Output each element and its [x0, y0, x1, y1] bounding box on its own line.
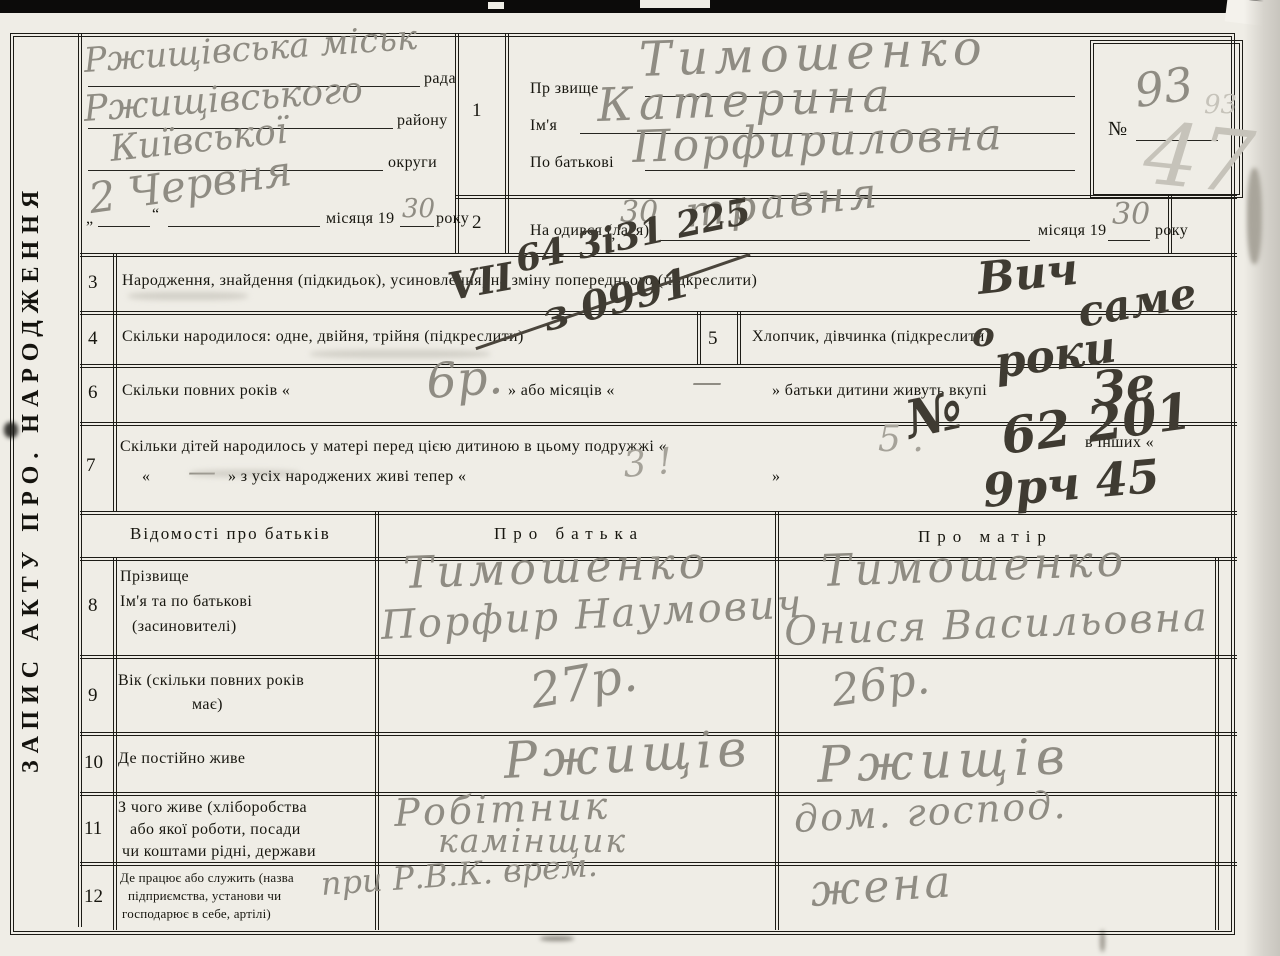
- row1-number: 1: [472, 100, 482, 122]
- child-patronymic-value: Порфириловна: [631, 113, 1004, 170]
- row2-number: 2: [472, 212, 482, 234]
- row5-number: 5: [708, 328, 718, 350]
- row12-number: 12: [84, 886, 103, 908]
- region-okruha-label: округи: [388, 154, 437, 172]
- mother-name-value: Онися Васильовна: [784, 597, 1210, 652]
- years-together-value: 6р.: [425, 353, 505, 406]
- ink-margin-no-sign: №: [901, 384, 967, 447]
- row10-label: Де постійно живе: [118, 750, 245, 768]
- surname-label: Пр звище: [530, 80, 599, 98]
- grid-line: [505, 33, 509, 253]
- row11-label-line1: З чого живе (хліборобства: [118, 799, 307, 817]
- date-quote-open: „: [86, 210, 94, 228]
- scan-smudge: [4, 422, 18, 438]
- grid-line: [1215, 557, 1219, 930]
- date-year-label: року: [436, 210, 469, 228]
- row9-label-line1: Вік (скільки повних років: [118, 672, 304, 690]
- father-workplace-value: при Р.В.К. врем.: [320, 849, 599, 900]
- field-underline: [400, 226, 434, 227]
- row5-label: Хлопчик, дівчинка (підкреслити): [752, 328, 991, 346]
- scan-top-slit: [640, 0, 710, 8]
- row12-label-line3: господарює в себе, артілі): [122, 906, 271, 922]
- form-vertical-title: ЗАПИС АКТУ ПРО. НАРОДЖЕННЯ: [18, 158, 70, 798]
- scan-top-slit: [488, 2, 504, 9]
- row11-number: 11: [84, 818, 102, 840]
- region-council-value: Ржищівська міськ: [83, 21, 419, 78]
- ink-margin-word-1: Вич: [975, 248, 1080, 302]
- row6-number: 6: [88, 382, 98, 404]
- row3-number: 3: [88, 272, 98, 294]
- row12-label-line1: Де працює або служить (назва: [120, 870, 294, 886]
- grid-line: [80, 655, 1237, 659]
- grid-line: [113, 253, 117, 511]
- field-underline: [98, 226, 150, 227]
- row8-label-line3: (засиновителі): [132, 618, 237, 636]
- region-council-label: рада: [424, 70, 456, 88]
- row12-label-line2: підприємства, установи чи: [128, 888, 281, 904]
- grid-line: [113, 557, 117, 930]
- row7-quote-open: «: [142, 468, 150, 486]
- mother-workplace-value: жена: [809, 860, 955, 914]
- name-label: Ім'я: [530, 117, 557, 135]
- record-date-year: 30: [402, 196, 435, 222]
- pencil-smudge: [128, 292, 248, 300]
- date-month-label: місяця 19: [326, 210, 395, 228]
- grid-line: [775, 511, 779, 930]
- children-alive-value: 3 !: [622, 444, 674, 484]
- scan-smudge: [540, 936, 574, 941]
- patronymic-label: По батькові: [530, 154, 614, 172]
- grid-line: [80, 862, 1237, 866]
- row6-label-months: » або місяців «: [508, 382, 615, 400]
- birth-year-label: року: [1155, 222, 1188, 240]
- pencil-number-large: 47: [1140, 110, 1258, 207]
- grid-line: [737, 311, 741, 364]
- row4-number: 4: [88, 328, 98, 350]
- birth-month-label: місяця 19: [1038, 222, 1107, 240]
- region-district-label: району: [397, 112, 448, 130]
- father-age-value: 27р.: [527, 650, 641, 716]
- scanned-birth-record: ЗАПИС АКТУ ПРО. НАРОДЖЕННЯ Ржищівська мі…: [0, 0, 1280, 956]
- ink-roman-numeral: VII: [445, 257, 516, 306]
- row8-label-line1: Прізвище: [120, 568, 189, 586]
- ink-margin-word-3: о: [972, 318, 995, 352]
- row10-number: 10: [84, 752, 103, 774]
- ink-margin-number: 62 201: [998, 386, 1194, 462]
- scan-smudge: [1100, 930, 1105, 952]
- field-underline: [168, 226, 320, 227]
- row11-label-line3: чи коштами рідні, держави: [122, 843, 316, 861]
- field-underline: [660, 240, 1030, 241]
- row7-label-main: Скільки дітей народилось у матері перед …: [120, 438, 667, 456]
- date-quote-close: “: [152, 206, 160, 224]
- row4-label: Скільки народилося: одне, двійня, трійня…: [122, 328, 524, 346]
- grid-line: [80, 511, 1237, 515]
- mother-age-value: 26р.: [829, 657, 932, 714]
- birth-year-value: 30: [1112, 200, 1150, 230]
- row6-label-years: Скільки повних років «: [122, 382, 290, 400]
- row7-quote-close: »: [772, 468, 780, 486]
- row9-label-line2: має): [192, 696, 223, 714]
- row8-label-line2: Ім'я та по батькові: [120, 593, 252, 611]
- record-number-label: №: [1108, 118, 1127, 141]
- grid-line: [697, 311, 701, 364]
- ink-margin-signature: 9рч 45: [981, 453, 1161, 514]
- row7-label-alive: » з усіх народжених живі тепер «: [228, 468, 466, 486]
- mother-surname-value: Тимошенко: [820, 539, 1127, 594]
- row11-label-line2: або якої роботи, посади: [130, 821, 301, 839]
- row9-number: 9: [88, 685, 98, 707]
- pencil-number-small: 93: [1204, 92, 1237, 118]
- header-parents-info: Відомості про батьків: [130, 524, 331, 544]
- row7-number: 7: [86, 455, 96, 477]
- months-together-value: —: [692, 368, 722, 398]
- field-underline: [1108, 240, 1150, 241]
- father-residence-value: Ржищів: [502, 723, 752, 786]
- mother-residence-value: Ржищів: [816, 731, 1071, 790]
- row8-number: 8: [88, 595, 98, 617]
